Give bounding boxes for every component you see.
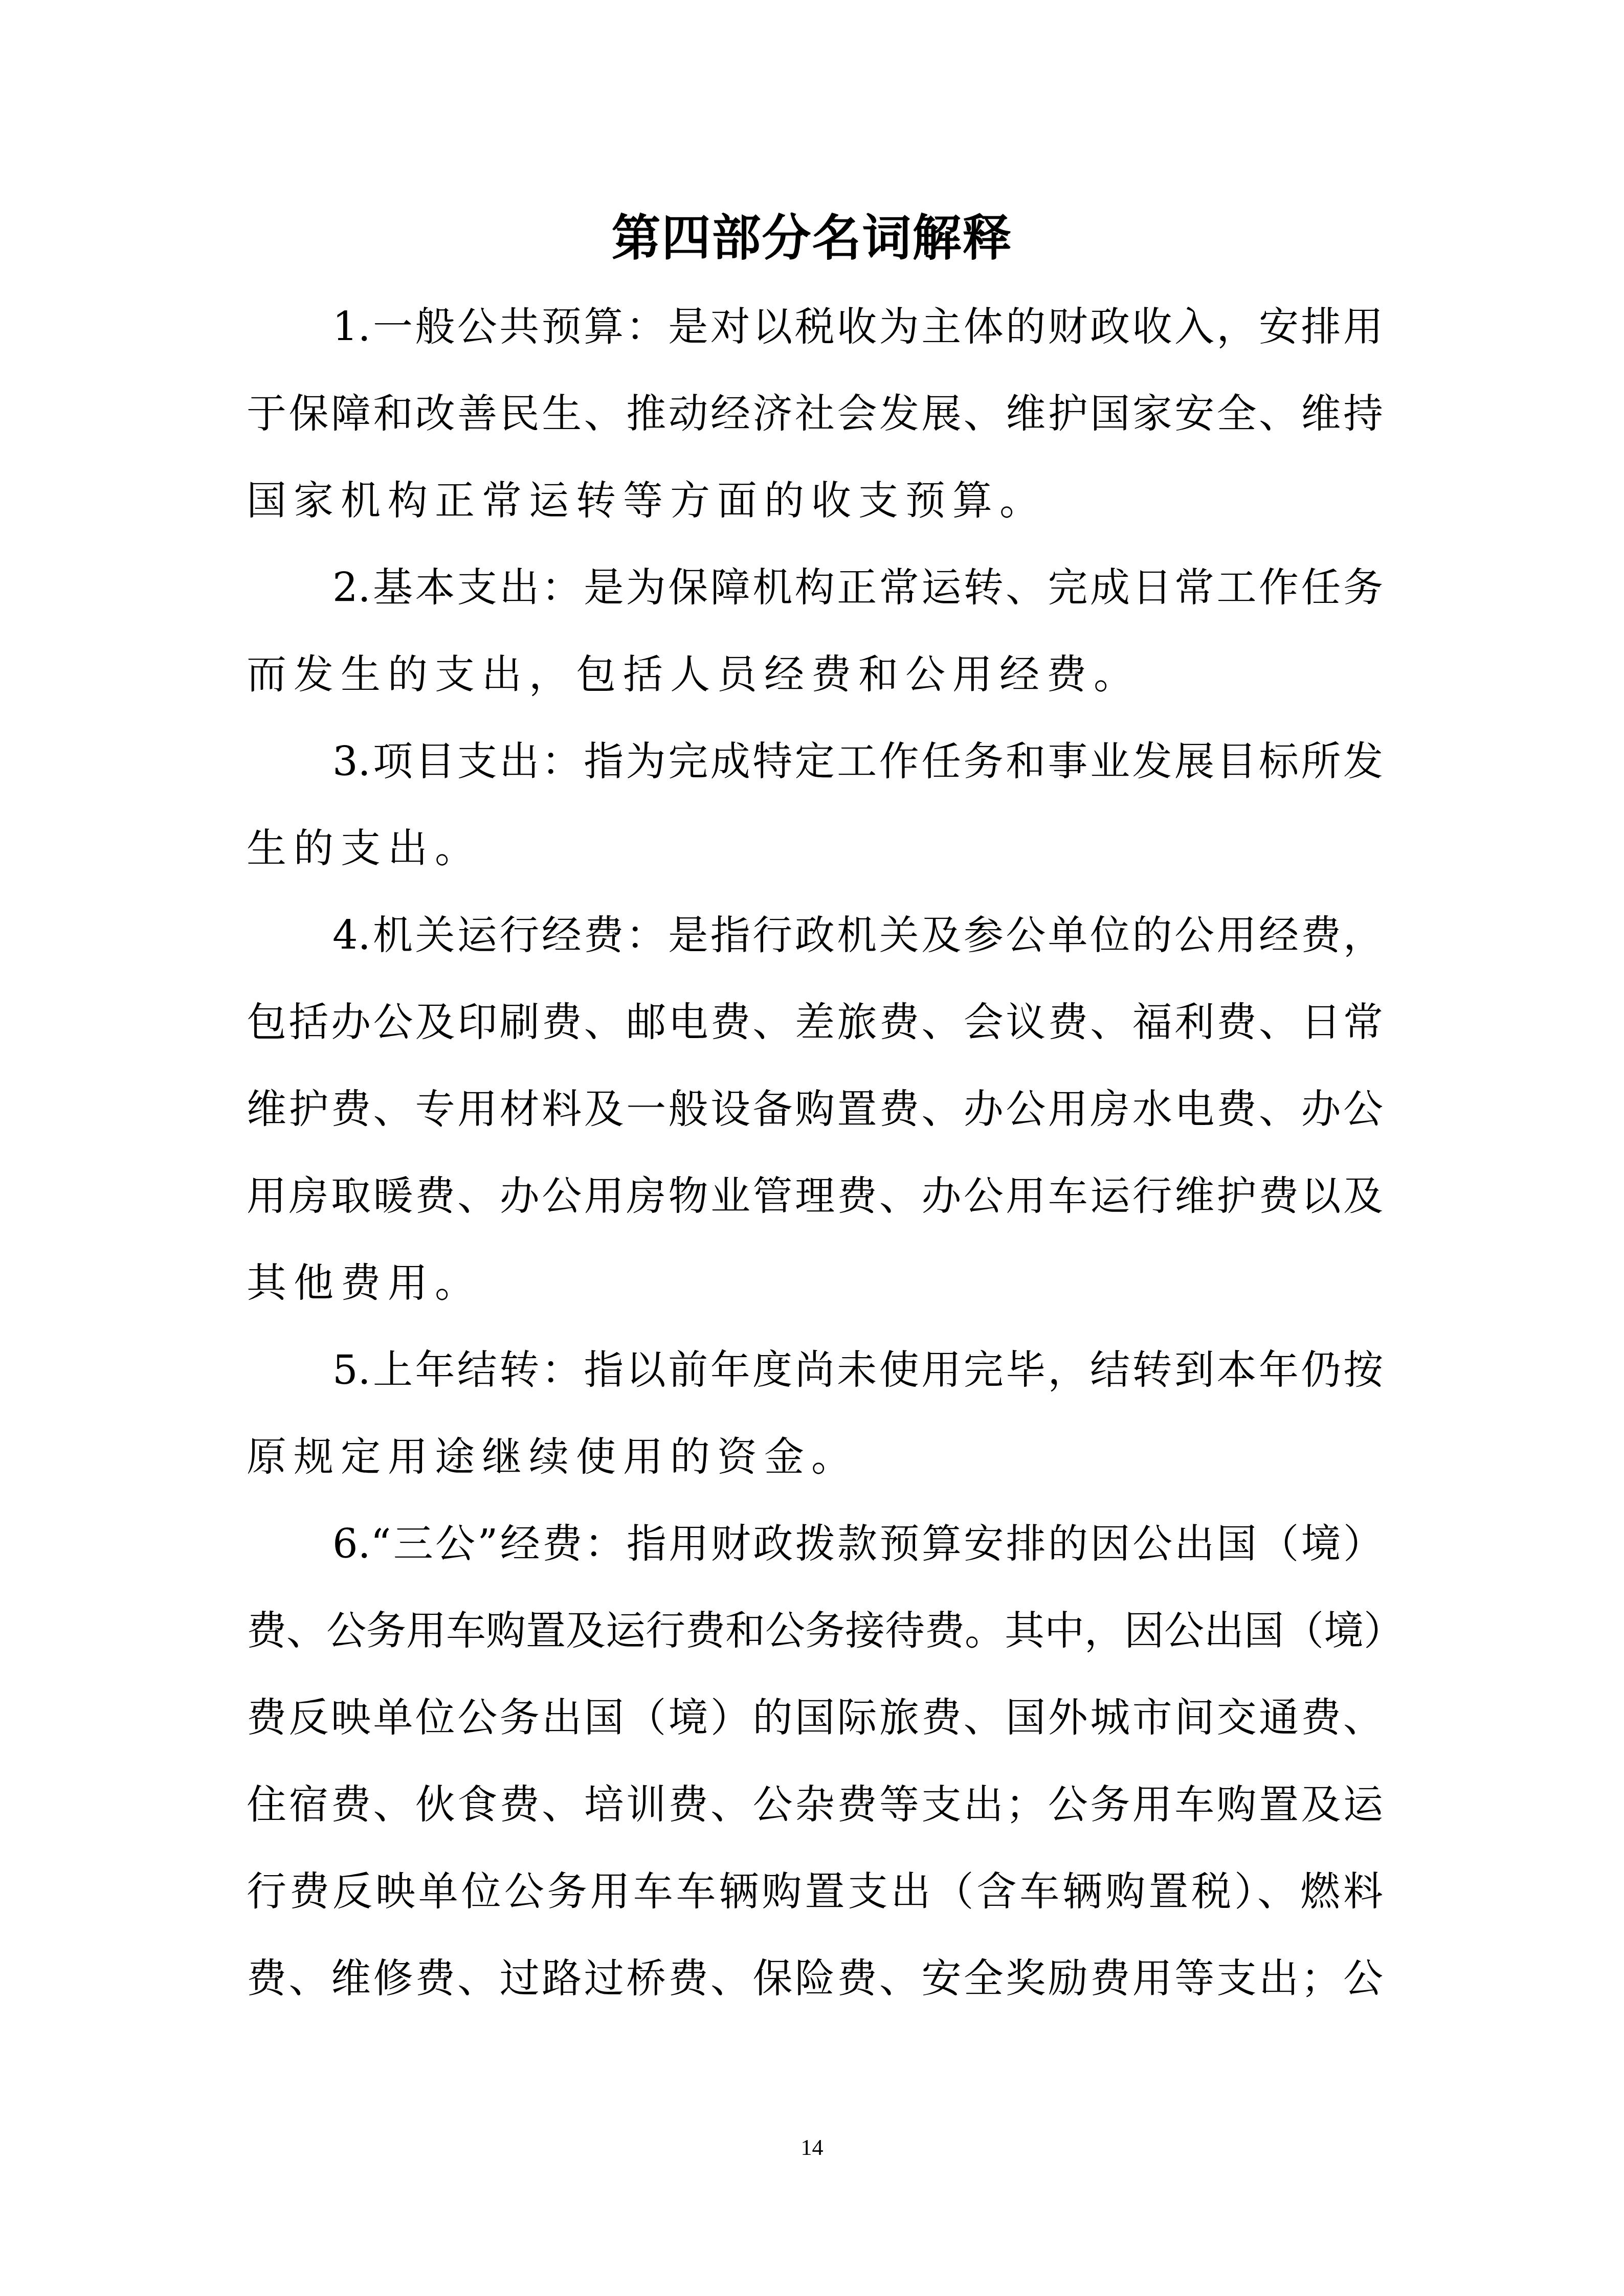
- section-1-line-2: 于保障和改善民生、推动经济社会发展、维护国家安全、维持: [247, 384, 1383, 445]
- section-1-line-1: 1.一般公共预算：是对以税收为主体的财政收入，安排用: [332, 297, 1383, 358]
- section-6-line-6: 费、维修费、过路过桥费、保险费、安全奖励费用等支出；公: [247, 1948, 1383, 2010]
- section-3-line-1: 3.项目支出：指为完成特定工作任务和事业发展目标所发: [332, 731, 1383, 793]
- page-title: 第四部分名词解释: [0, 205, 1624, 271]
- section-5-line-1: 5.上年结转：指以前年度尚未使用完毕，结转到本年仍按: [332, 1340, 1383, 1401]
- section-6-line-3: 费反映单位公务出国（境）的国际旅费、国外城市间交通费、: [247, 1687, 1383, 1749]
- section-1-line-3: 国家机构正常运转等方面的收支预算。: [247, 470, 1383, 532]
- section-4-line-4: 用房取暖费、办公用房物业管理费、办公用车运行维护费以及: [247, 1166, 1383, 1227]
- section-2-line-2: 而发生的支出，包括人员经费和公用经费。: [247, 644, 1383, 706]
- section-3-line-2: 生的支出。: [247, 818, 1383, 880]
- section-6-line-5: 行费反映单位公务用车车辆购置支出（含车辆购置税）、燃料: [247, 1861, 1383, 1923]
- section-5-line-2: 原规定用途继续使用的资金。: [247, 1427, 1383, 1488]
- section-4-line-1: 4.机关运行经费：是指行政机关及参公单位的公用经费，: [332, 905, 1383, 966]
- page-number: 14: [0, 2132, 1624, 2163]
- section-6-line-4: 住宿费、伙食费、培训费、公杂费等支出；公务用车购置及运: [247, 1774, 1383, 1836]
- section-6-line-1: 6.“三公”经费：指用财政拨款预算安排的因公出国（境）: [332, 1514, 1383, 1575]
- section-6-line-2: 费、公务用车购置及运行费和公务接待费。其中，因公出国（境）: [247, 1601, 1383, 1662]
- section-4-line-3: 维护费、专用材料及一般设备购置费、办公用房水电费、办公: [247, 1079, 1383, 1140]
- section-4-line-2: 包括办公及印刷费、邮电费、差旅费、会议费、福利费、日常: [247, 992, 1383, 1053]
- section-4-line-5: 其他费用。: [247, 1253, 1383, 1314]
- document-page: 第四部分名词解释 1.一般公共预算：是对以税收为主体的财政收入，安排用 于保障和…: [0, 0, 1624, 2296]
- section-2-line-1: 2.基本支出：是为保障机构正常运转、完成日常工作任务: [332, 557, 1383, 619]
